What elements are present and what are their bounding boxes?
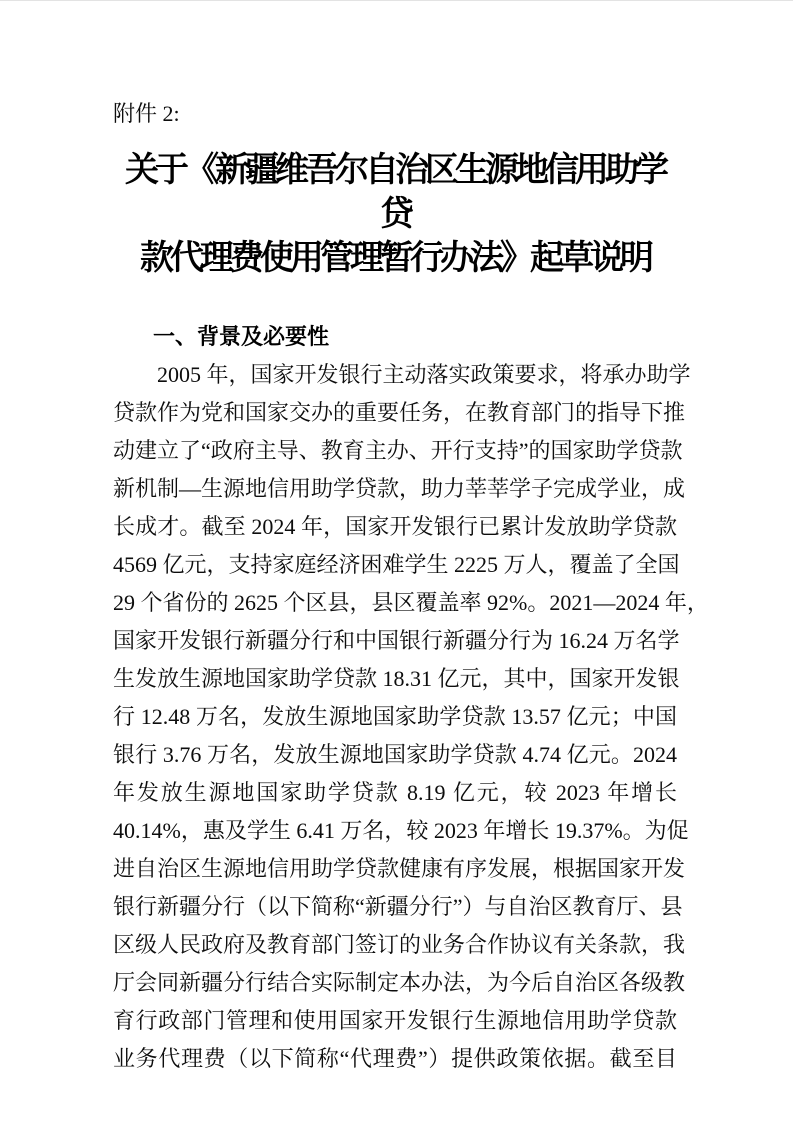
body-line: 2005 年，国家开发银行主动落实政策要求，将承办助学 xyxy=(113,356,677,394)
document-title-line-1: 关于《新疆维吾尔自治区生源地信用助学贷 xyxy=(113,149,677,237)
document-title-line-2: 款代理费使用管理暂行办法》起草说明 xyxy=(113,237,677,281)
paragraph-background: 2005 年，国家开发银行主动落实政策要求，将承办助学 贷款作为党和国家交办的重… xyxy=(113,356,677,1078)
body-line: 进自治区生源地信用助学贷款健康有序发展，根据国家开发 xyxy=(113,850,677,888)
body-line: 业务代理费（以下简称“代理费”）提供政策依据。截至目 xyxy=(113,1040,677,1078)
body-line: 育行政部门管理和使用国家开发银行生源地信用助学贷款 xyxy=(113,1002,677,1040)
section-heading-background-necessity: 一、背景及必要性 xyxy=(113,318,677,356)
body-line: 长成才。截至 2024 年，国家开发银行已累计发放助学贷款 xyxy=(113,508,677,546)
body-line: 年发放生源地国家助学贷款 8.19 亿元，较 2023 年增长 xyxy=(113,774,677,812)
body-line: 动建立了“政府主导、教育主办、开行支持”的国家助学贷款 xyxy=(113,432,677,470)
body-line: 行 12.48 万名，发放生源地国家助学贷款 13.57 亿元；中国 xyxy=(113,698,677,736)
body-line: 银行 3.76 万名，发放生源地国家助学贷款 4.74 亿元。2024 xyxy=(113,736,677,774)
body-line: 新机制—生源地信用助学贷款，助力莘莘学子完成学业，成 xyxy=(113,470,677,508)
body-line: 4569 亿元，支持家庭经济困难学生 2225 万人，覆盖了全国 xyxy=(113,546,677,584)
body-line: 40.14%，惠及学生 6.41 万名，较 2023 年增长 19.37%。为促 xyxy=(113,812,677,850)
body-line: 29 个省份的 2625 个区县，县区覆盖率 92%。2021—2024 年， xyxy=(113,584,677,622)
body-line: 贷款作为党和国家交办的重要任务，在教育部门的指导下推 xyxy=(113,394,677,432)
body-line: 银行新疆分行（以下简称“新疆分行”）与自治区教育厅、县 xyxy=(113,888,677,926)
body-line: 生发放生源地国家助学贷款 18.31 亿元，其中，国家开发银 xyxy=(113,660,677,698)
body-line: 国家开发银行新疆分行和中国银行新疆分行为 16.24 万名学 xyxy=(113,622,677,660)
body-line: 厅会同新疆分行结合实际制定本办法，为今后自治区各级教 xyxy=(113,964,677,1002)
attachment-label: 附件 2: xyxy=(113,99,677,129)
document-page: 附件 2: 关于《新疆维吾尔自治区生源地信用助学贷 款代理费使用管理暂行办法》起… xyxy=(0,1,793,1122)
document-title: 关于《新疆维吾尔自治区生源地信用助学贷 款代理费使用管理暂行办法》起草说明 xyxy=(113,149,677,281)
body-line: 区级人民政府及教育部门签订的业务合作协议有关条款，我 xyxy=(113,926,677,964)
